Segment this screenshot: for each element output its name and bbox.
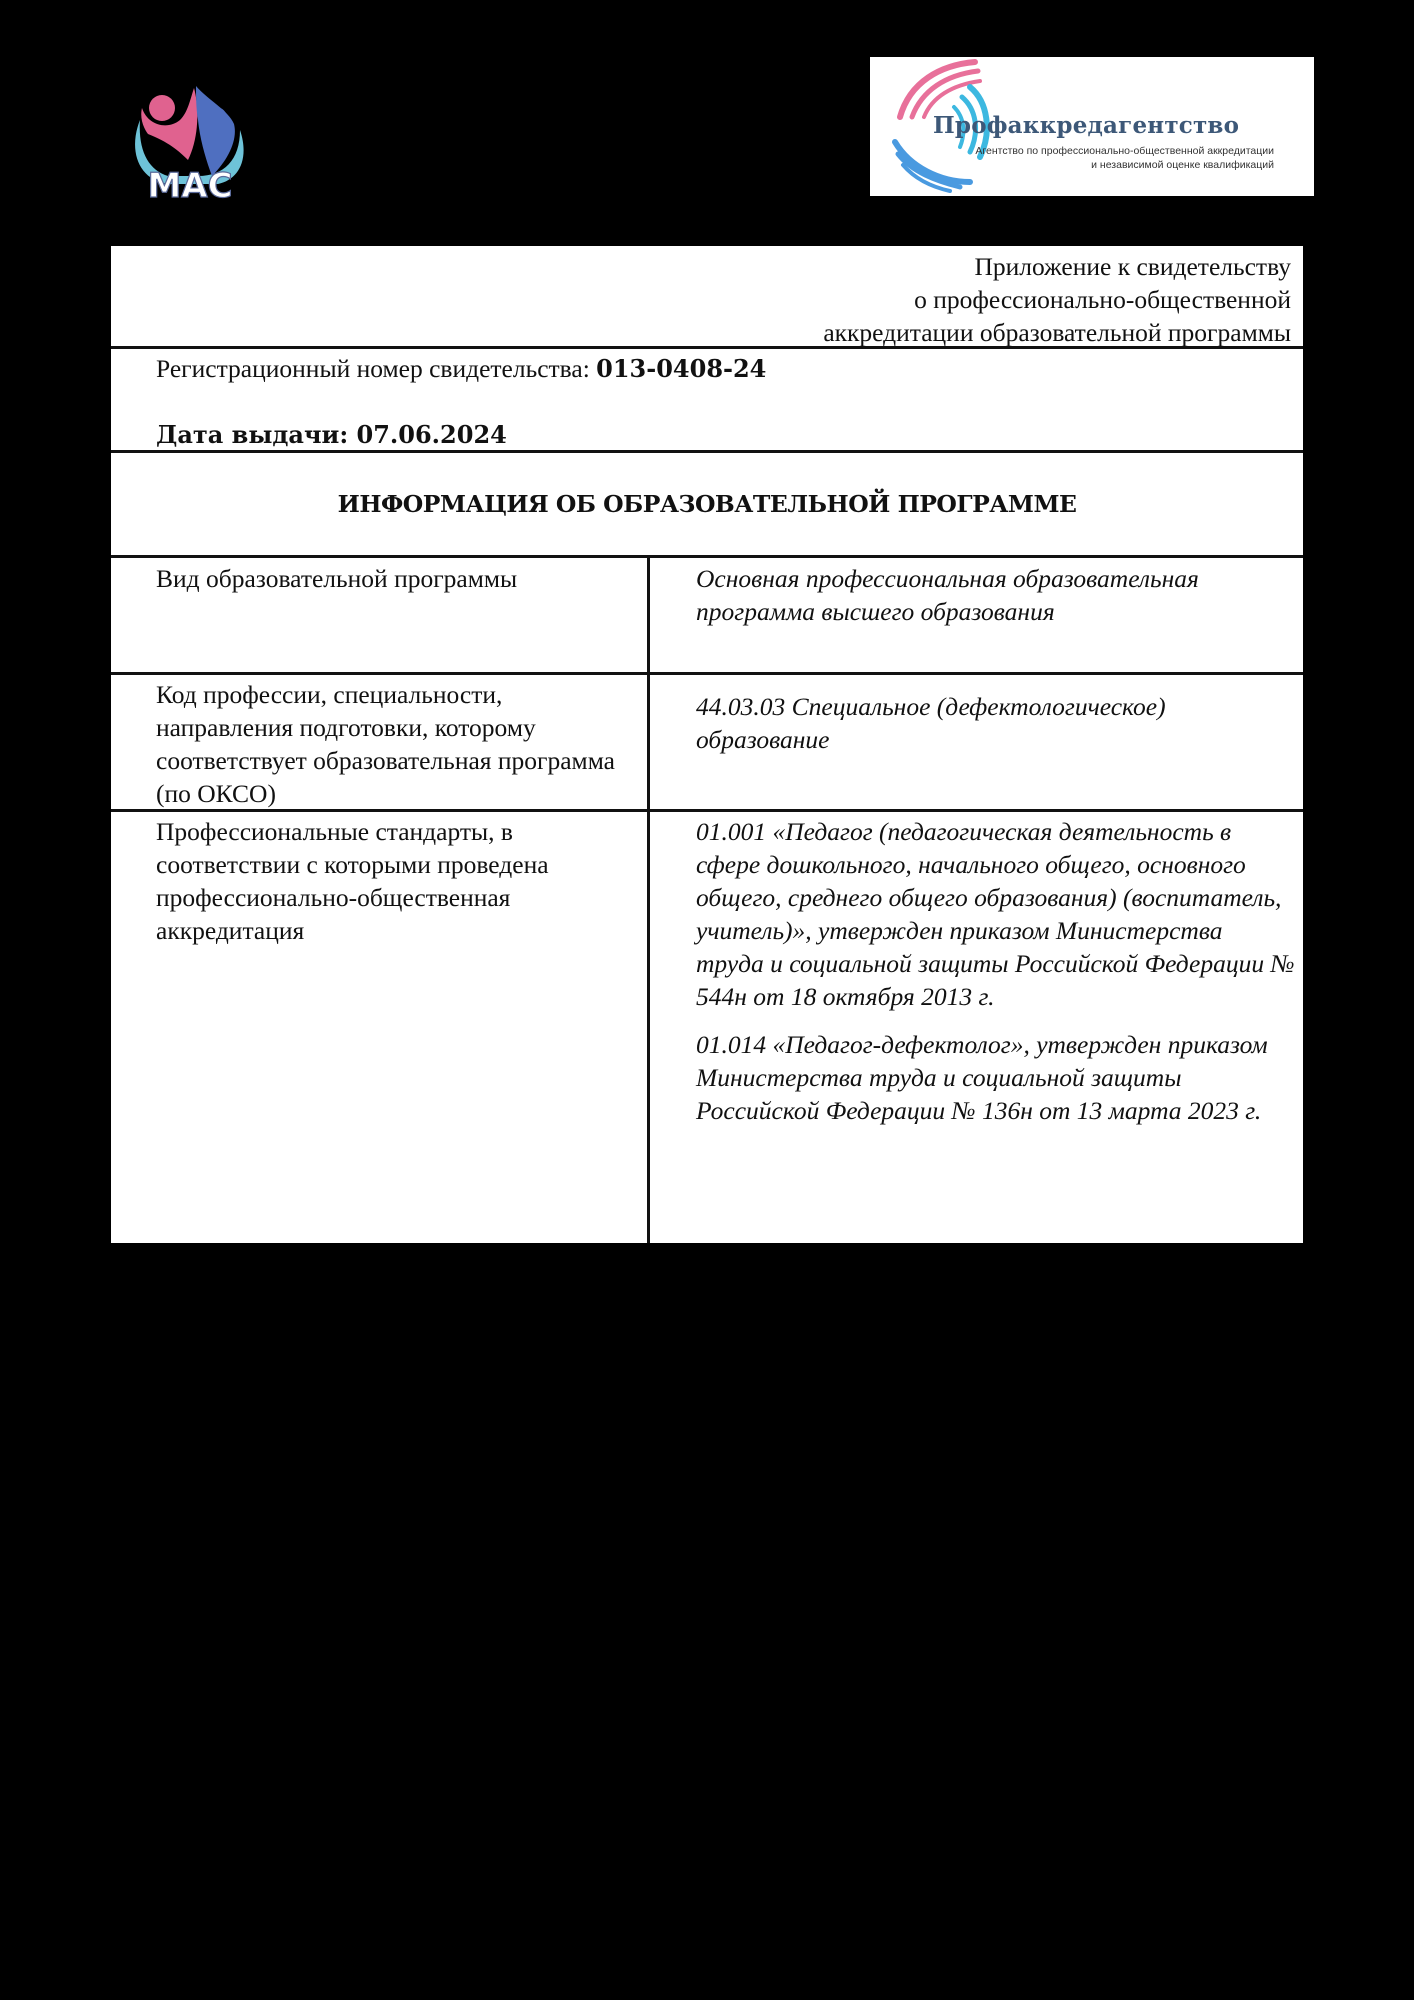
row-value-program-type: Основная профессиональная образовательна… — [696, 562, 1216, 628]
agency-subtitle-line1: Агентство по профессионально-общественно… — [975, 145, 1274, 157]
svg-text:МАС: МАС — [147, 166, 232, 200]
issue-date-value: 07.06.2024 — [357, 420, 507, 449]
column-divider — [647, 555, 650, 1243]
appendix-line: Приложение к свидетельству — [823, 250, 1291, 283]
mac-logo-icon: МАС — [128, 80, 252, 200]
section-title: ИНФОРМАЦИЯ ОБ ОБРАЗОВАТЕЛЬНОЙ ПРОГРАММЕ — [111, 488, 1303, 521]
row-label-okso-code: Код профессии, специальности, направлени… — [156, 678, 641, 810]
row-label-prof-standards: Профессиональные стандарты, в соответств… — [156, 815, 641, 947]
agency-name: Профаккредагентство — [933, 112, 1239, 139]
appendix-line: о профессионально-общественной — [823, 283, 1291, 316]
mac-logo: МАС — [128, 80, 252, 200]
certificate-appendix-table: Приложение к свидетельству о профессиона… — [111, 246, 1303, 1243]
row-value-prof-standards: 01.001 «Педагог (педагогическая деятельн… — [696, 815, 1296, 1127]
table-divider — [111, 555, 1303, 558]
table-divider — [111, 672, 1303, 675]
appendix-line: аккредитации образовательной программы — [823, 316, 1291, 349]
issue-date-label: Дата выдачи: — [156, 420, 357, 449]
value-paragraph: 01.014 «Педагог-дефектолог», утвержден п… — [696, 1028, 1296, 1127]
value-paragraph: 01.001 «Педагог (педагогическая деятельн… — [696, 815, 1296, 1013]
registration-value: 013-0408-24 — [596, 354, 766, 383]
value-paragraph: Основная профессиональная образовательна… — [696, 562, 1216, 628]
agency-subtitle-line2: и независимой оценке квалификаций — [1091, 159, 1274, 171]
issue-date: Дата выдачи: 07.06.2024 — [156, 418, 507, 451]
agency-logo: Профаккредагентство Агентство по професс… — [870, 57, 1314, 196]
registration-number: Регистрационный номер свидетельства: 013… — [156, 352, 766, 385]
appendix-heading: Приложение к свидетельству о профессиона… — [823, 250, 1291, 349]
row-label-program-type: Вид образовательной программы — [156, 562, 641, 595]
value-paragraph: 44.03.03 Специальное (дефектологическое)… — [696, 690, 1296, 756]
row-value-okso-code: 44.03.03 Специальное (дефектологическое)… — [696, 690, 1296, 756]
registration-label: Регистрационный номер свидетельства: — [156, 354, 596, 383]
